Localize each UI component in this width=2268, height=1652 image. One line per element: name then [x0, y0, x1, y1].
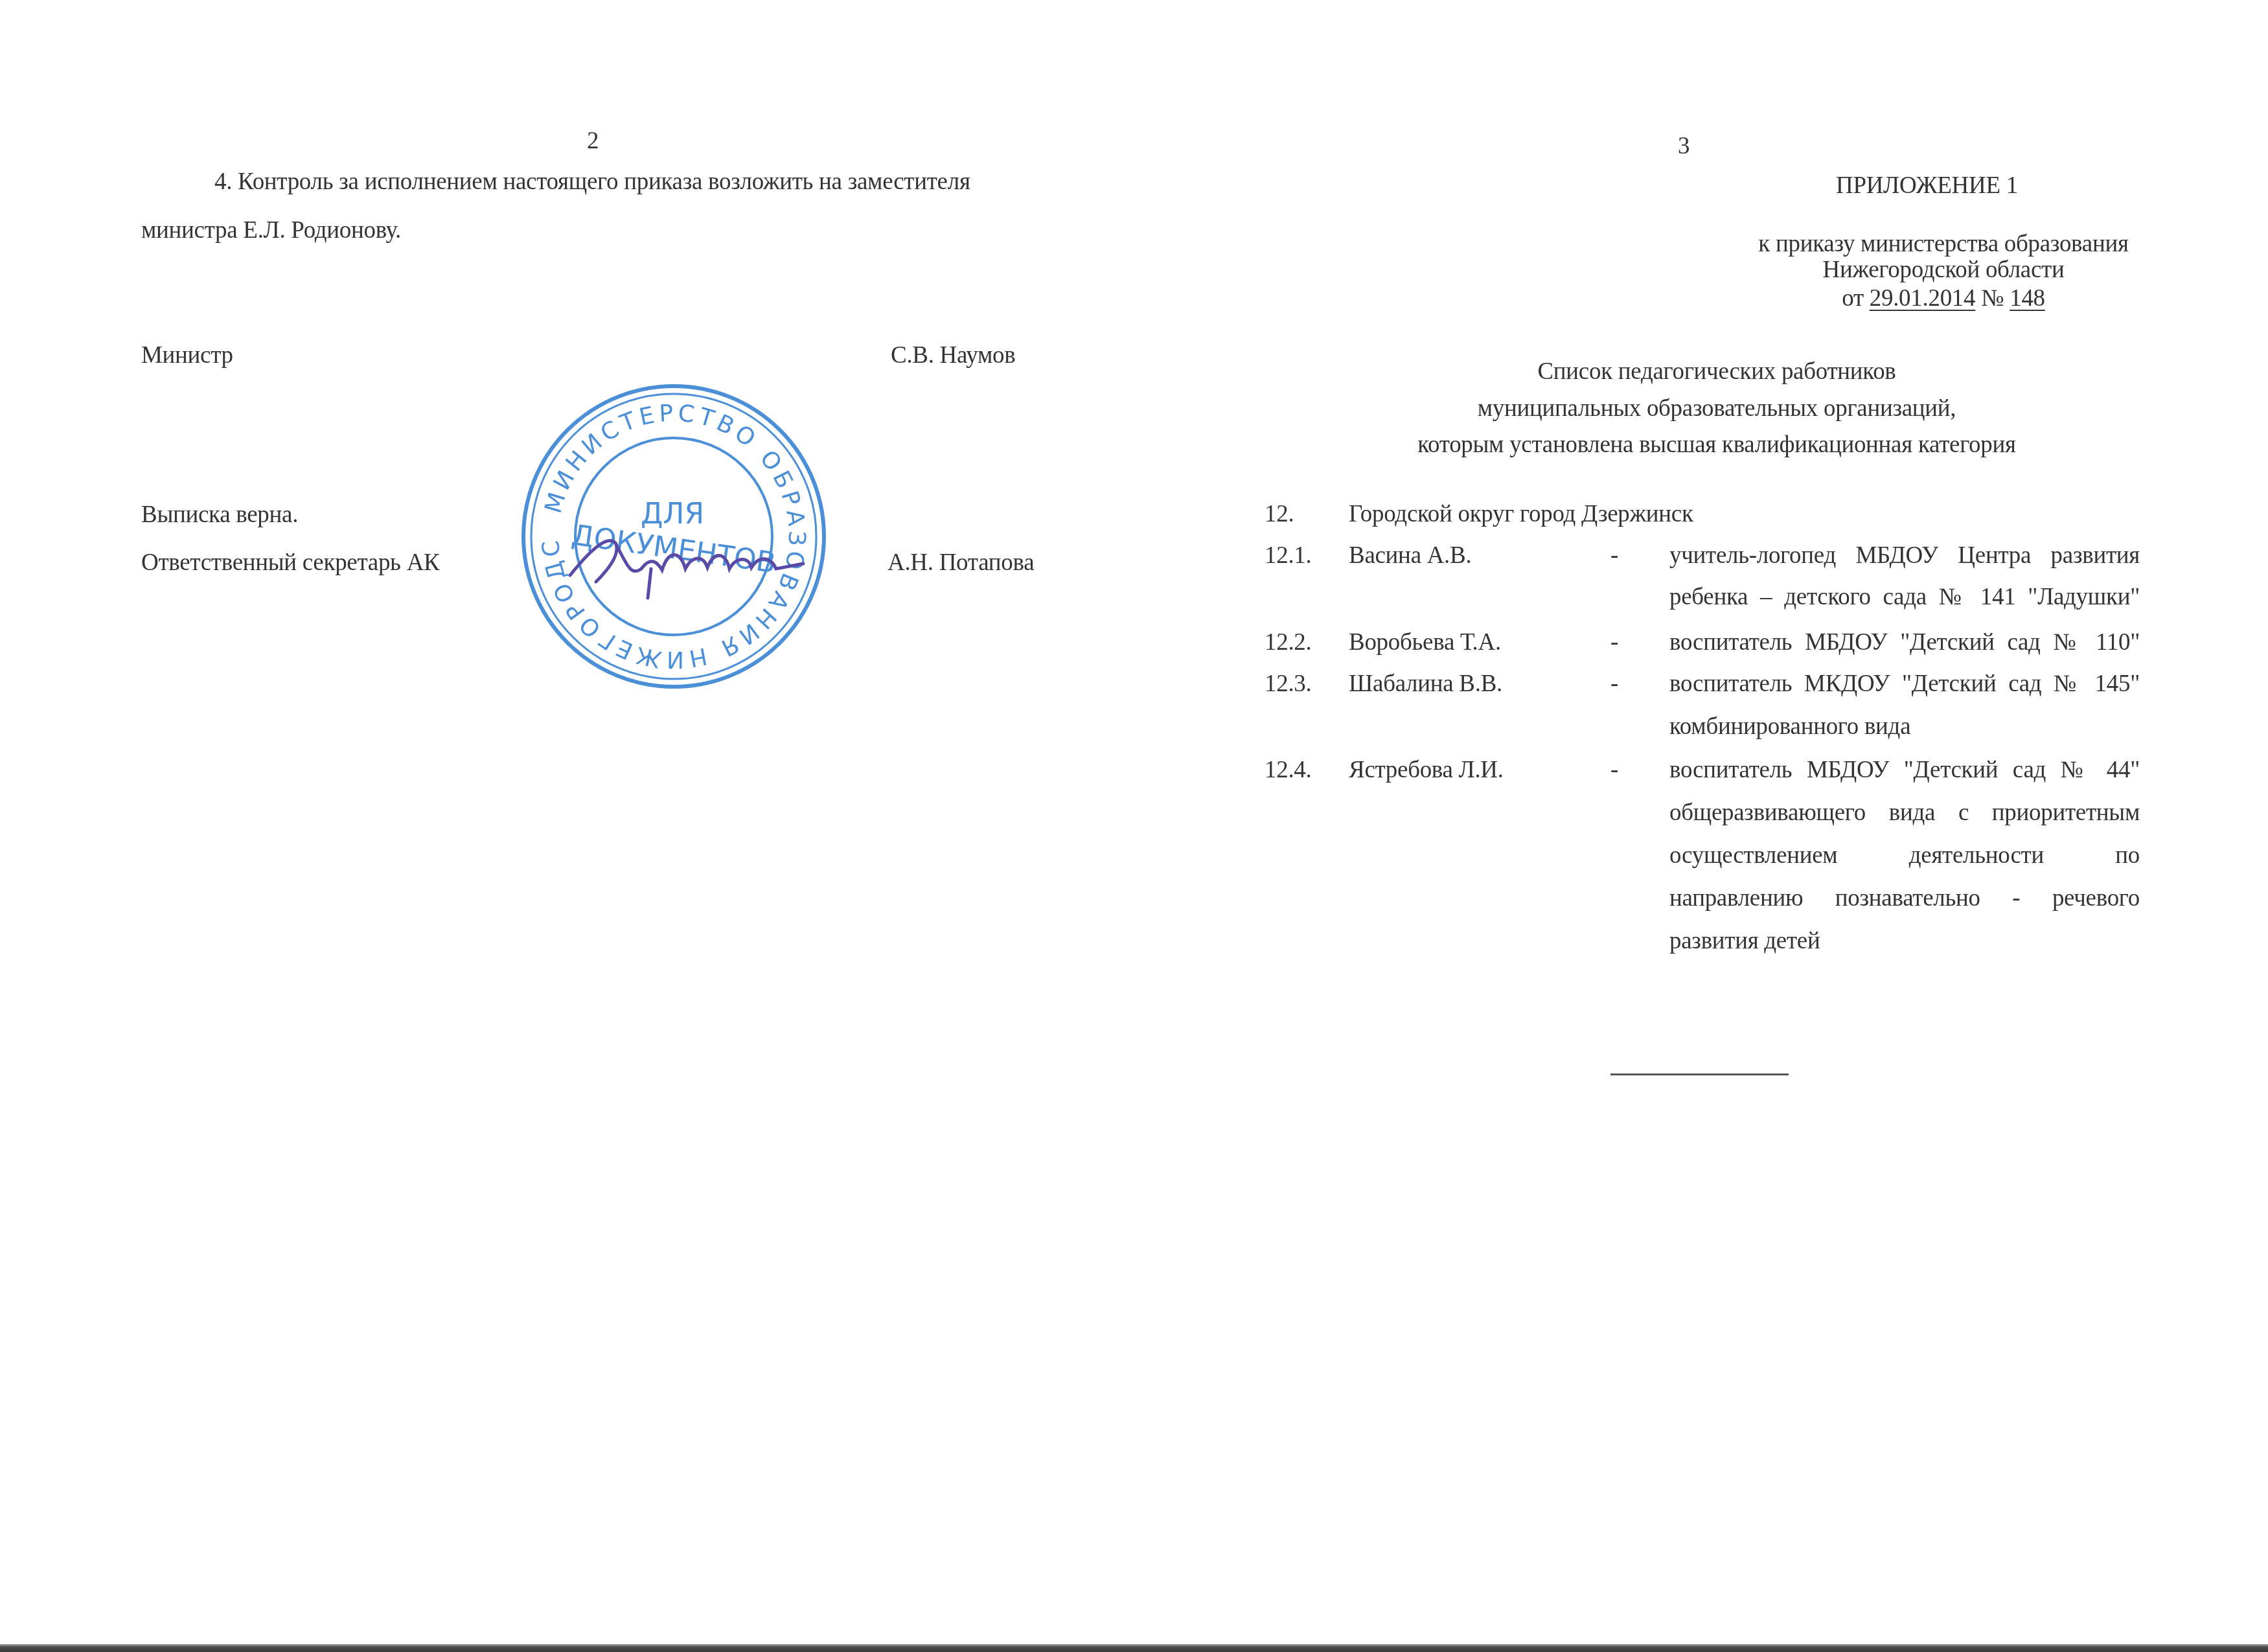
signature-name: С.В. Наумов	[891, 343, 1015, 367]
entry-desc-line: направлению познавательно - речевого	[1669, 886, 2140, 910]
paragraph-line-1: 4. Контроль за исполнением настоящего пр…	[214, 170, 970, 194]
entry-desc-line: учитель-логопед МБДОУ Центра развития	[1669, 544, 2140, 568]
section-title: Городской округ город Дзержинск	[1349, 502, 1693, 526]
entry-number: 12.2.	[1265, 630, 1312, 654]
paragraph-line-2: министра Е.Л. Родионову.	[141, 218, 401, 242]
entry-number: 12.3.	[1265, 672, 1312, 696]
scanner-edge-strip	[0, 1644, 2268, 1652]
entry-number: 12.4.	[1265, 758, 1312, 782]
entry-desc-line: осуществлением деятельности по	[1669, 843, 2140, 867]
page-number-left: 2	[587, 127, 599, 155]
appendix-ref-prefix: от	[1842, 285, 1864, 312]
entry-dash: -	[1610, 672, 1618, 696]
entry-desc-line: ребенка – детского сада № 141 "Ладушки"	[1669, 585, 2140, 609]
entry-number: 12.1.	[1265, 544, 1312, 568]
entry-dash: -	[1610, 630, 1618, 654]
entry-desc-line: воспитатель МКДОУ "Детский сад № 145"	[1669, 672, 2140, 696]
appendix-title: ПРИЛОЖЕНИЕ 1	[1836, 174, 2018, 198]
extract-note: Выписка верна.	[141, 503, 298, 527]
entry-desc-line: воспитатель МБДОУ "Детский сад № 110"	[1669, 630, 2140, 654]
entry-name: Шабалина В.В.	[1349, 672, 1502, 696]
signature-role: Министр	[141, 343, 233, 367]
list-title-line-2: муниципальных образовательных организаци…	[1393, 396, 2041, 420]
entry-dash: -	[1610, 758, 1618, 782]
section-number: 12.	[1265, 502, 1294, 526]
list-title-line-1: Список педагогических работников	[1393, 360, 2041, 384]
entry-name: Ястребова Л.И.	[1349, 758, 1504, 782]
entry-dash: -	[1610, 544, 1618, 568]
entry-desc-line: общеразвивающего вида с приоритетным	[1669, 801, 2140, 825]
end-separator-line	[1610, 1073, 1789, 1075]
entry-name: Воробьева Т.А.	[1349, 630, 1501, 654]
entry-desc-line: комбинированного вида	[1669, 715, 2140, 739]
entry-name: Васина А.В.	[1349, 544, 1471, 568]
secretary-role: Ответственный секретарь АК	[141, 551, 439, 575]
appendix-ref-line-2: Нижегородской области	[1684, 258, 2203, 282]
appendix-date: 29.01.2014	[1870, 285, 1976, 312]
appendix-ref-line-3: от 29.01.2014 № 148	[1684, 286, 2203, 310]
svg-text:ДЛЯ: ДЛЯ	[641, 498, 704, 531]
page-number-right: 3	[1678, 132, 1690, 160]
secretary-name: А.Н. Потапова	[888, 551, 1034, 575]
entry-desc-line: развития детей	[1669, 929, 2140, 953]
list-title-line-3: которым установлена высшая квалификацион…	[1328, 433, 2105, 457]
appendix-no-sign: №	[1981, 285, 2004, 312]
appendix-ref-line-1: к приказу министерства образования	[1684, 232, 2203, 256]
appendix-number: 148	[2010, 285, 2045, 312]
entry-desc-line: воспитатель МБДОУ "Детский сад № 44"	[1669, 758, 2140, 782]
stamp-seal-icon: МИНИСТЕРСТВО ОБРАЗОВАНИЯ НИЖЕГОРОДСКОЙ О…	[518, 381, 829, 692]
official-stamp: МИНИСТЕРСТВО ОБРАЗОВАНИЯ НИЖЕГОРОДСКОЙ О…	[518, 381, 829, 692]
